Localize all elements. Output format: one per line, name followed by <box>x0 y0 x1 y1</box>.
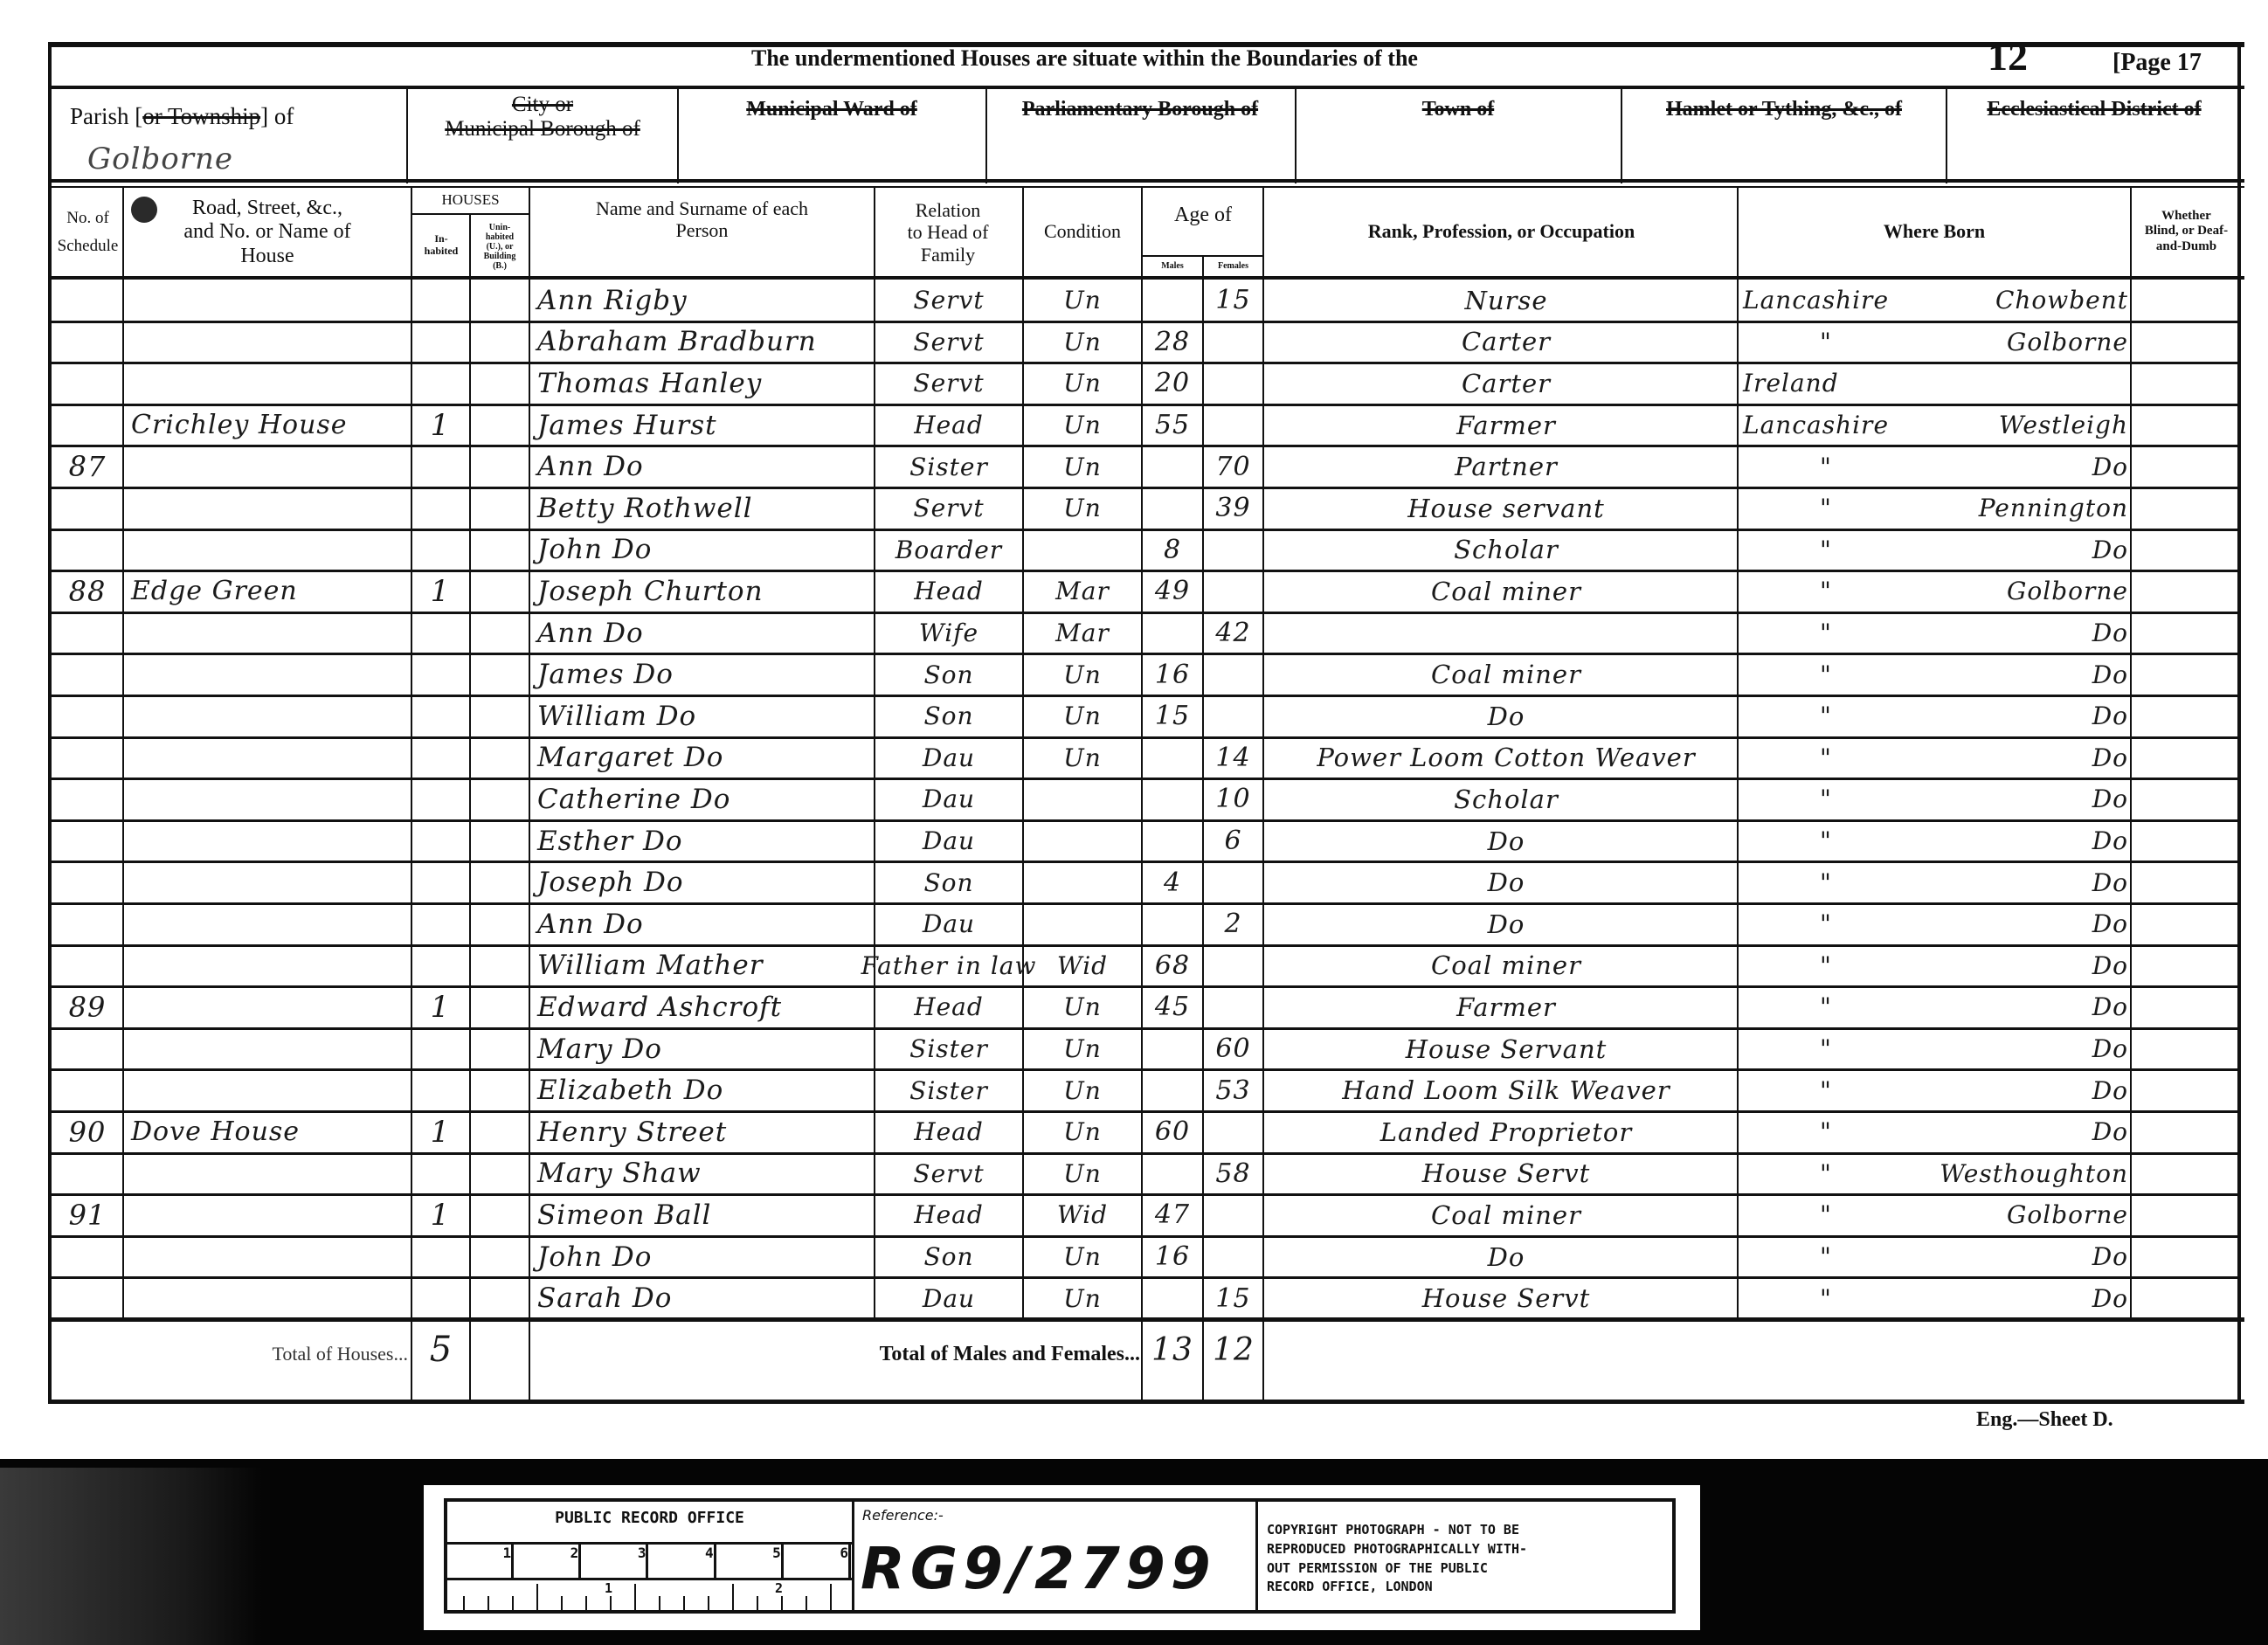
row-male-age <box>1143 489 1202 528</box>
row-place: Westleigh <box>1922 406 2128 445</box>
row-house <box>131 1196 409 1234</box>
col-divider <box>1262 188 1264 1402</box>
row-place: Do <box>1922 655 2128 694</box>
row-county: " <box>1743 655 1909 694</box>
row-county: " <box>1743 447 1909 486</box>
row-place: Golborne <box>1922 1196 2128 1234</box>
row-male-age: 4 <box>1143 863 1202 902</box>
copyright-notice: COPYRIGHT PHOTOGRAPH - NOT TO BE REPRODU… <box>1267 1521 1669 1597</box>
row-occupation: House Servt <box>1276 1155 1737 1193</box>
row-name: William Mather <box>537 947 874 985</box>
row-male-age: 45 <box>1143 988 1202 1026</box>
row-occupation: Carter <box>1276 364 1737 403</box>
row-inhabited <box>412 905 468 943</box>
scale-cm-mark: 3 <box>582 1545 648 1578</box>
row-place: Do <box>1922 1238 2128 1276</box>
row-house <box>131 863 409 902</box>
row-female-age <box>1204 531 1262 570</box>
row-female-age <box>1204 364 1262 403</box>
total-males: 13 <box>1143 1324 1202 1376</box>
row-inhabited <box>412 531 468 570</box>
row-place: Do <box>1922 1113 2128 1151</box>
header-text: (U.), or <box>487 242 514 252</box>
row-house <box>131 447 409 486</box>
row-schedule <box>52 947 122 985</box>
row-female-age <box>1204 655 1262 694</box>
row-male-age: 55 <box>1143 406 1202 445</box>
row-condition: Mar <box>1024 572 1141 611</box>
label-box: PUBLIC RECORD OFFICE 123456 12 Reference… <box>444 1498 1676 1614</box>
col-header-inhabited: In- habited <box>412 215 470 276</box>
row-male-age <box>1143 822 1202 861</box>
hamlet-struck: Hamlet or Tything, &c., of <box>1622 98 1946 121</box>
row-condition: Un <box>1024 447 1141 486</box>
header-text: Unin- <box>489 223 510 232</box>
row-inhabited <box>412 739 468 778</box>
row-male-age <box>1143 614 1202 653</box>
row-name: Mary Do <box>537 1030 874 1068</box>
row-house <box>131 531 409 570</box>
row-condition: Un <box>1024 364 1141 403</box>
row-schedule <box>52 281 122 320</box>
row-female-age: 2 <box>1204 905 1262 943</box>
reference-label: Reference:- <box>862 1507 944 1524</box>
row-condition: Un <box>1024 988 1141 1026</box>
col-divider <box>122 188 124 1319</box>
scale-tick <box>463 1596 465 1610</box>
header-text: Blind, or Deaf- <box>2145 224 2228 238</box>
ecclesiastical-district-struck: Ecclesiastical District of <box>1947 98 2241 121</box>
row-inhabited <box>412 447 468 486</box>
row-county: " <box>1743 1113 1909 1151</box>
row-occupation: Nurse <box>1276 281 1737 320</box>
row-relation: Dau <box>875 1279 1022 1317</box>
row-house: Dove House <box>131 1113 409 1151</box>
row-inhabited <box>412 947 468 985</box>
row-place: Do <box>1922 739 2128 778</box>
row-occupation: Coal miner <box>1276 1196 1737 1234</box>
header-text: Relation <box>916 199 981 221</box>
row-schedule <box>52 531 122 570</box>
row-place: Do <box>1922 1030 2128 1068</box>
row-inhabited <box>412 1155 468 1193</box>
row-schedule: 91 <box>52 1196 122 1234</box>
row-male-age <box>1143 905 1202 943</box>
row-female-age: 60 <box>1204 1030 1262 1068</box>
row-male-age <box>1143 1155 1202 1193</box>
col-header-males: Males <box>1143 257 1202 276</box>
form-bottom-border <box>48 1400 2244 1404</box>
row-female-age <box>1204 323 1262 362</box>
row-female-age: 15 <box>1204 1279 1262 1317</box>
divider <box>48 276 2244 280</box>
row-male-age: 15 <box>1143 697 1202 736</box>
row-female-age: 14 <box>1204 739 1262 778</box>
row-place: Do <box>1922 1071 2128 1109</box>
row-house <box>131 1071 409 1109</box>
row-male-age: 20 <box>1143 364 1202 403</box>
row-male-age <box>1143 447 1202 486</box>
row-place: Chowbent <box>1922 281 2128 320</box>
folio-number: 12 <box>1988 33 2028 79</box>
row-house <box>131 281 409 320</box>
parish-value: Golborne <box>87 142 233 176</box>
scale-inch-mark: 2 <box>775 1580 783 1596</box>
city-cell: City or Municipal Borough of <box>408 91 677 142</box>
row-inhabited: 1 <box>412 406 468 445</box>
row-condition: Un <box>1024 1071 1141 1109</box>
row-inhabited: 1 <box>412 1196 468 1234</box>
row-county: Ireland <box>1743 364 1944 403</box>
row-condition: Un <box>1024 323 1141 362</box>
row-schedule: 87 <box>52 447 122 486</box>
row-county: " <box>1743 988 1909 1026</box>
row-county: " <box>1743 947 1909 985</box>
row-county: " <box>1743 1030 1909 1068</box>
col-header-blind-deaf-dumb: Whether Blind, or Deaf- and-Dumb <box>2132 188 2241 275</box>
scale-tick <box>806 1596 807 1610</box>
row-place: Do <box>1922 697 2128 736</box>
row-schedule <box>52 697 122 736</box>
row-male-age: 68 <box>1143 947 1202 985</box>
scale-tick <box>732 1584 734 1610</box>
parish-suffix: ] of <box>260 103 294 129</box>
row-place: Do <box>1922 531 2128 570</box>
row-female-age <box>1204 988 1262 1026</box>
total-females: 12 <box>1204 1324 1263 1376</box>
row-inhabited <box>412 364 468 403</box>
row-relation: Sister <box>875 447 1022 486</box>
row-schedule: 89 <box>52 988 122 1026</box>
row-house: Crichley House <box>131 406 409 445</box>
office-title: PUBLIC RECORD OFFICE <box>447 1509 852 1527</box>
scale-tick <box>512 1596 514 1610</box>
row-condition <box>1024 531 1141 570</box>
row-male-age: 16 <box>1143 655 1202 694</box>
header-text: habited <box>486 232 514 242</box>
row-female-age <box>1204 406 1262 445</box>
row-occupation: Coal miner <box>1276 655 1737 694</box>
row-county: " <box>1743 614 1909 653</box>
row-schedule <box>52 739 122 778</box>
row-male-age <box>1143 1030 1202 1068</box>
row-relation: Head <box>875 1196 1022 1234</box>
col-divider <box>1737 188 1739 1319</box>
row-inhabited <box>412 780 468 819</box>
row-schedule <box>52 614 122 653</box>
row-male-age: 60 <box>1143 1113 1202 1151</box>
parish-cell: Parish [or Township] of Golborne <box>52 91 411 182</box>
row-name: Sarah Do <box>537 1279 874 1317</box>
row-house <box>131 1030 409 1068</box>
row-condition: Un <box>1024 489 1141 528</box>
row-schedule <box>52 364 122 403</box>
row-condition <box>1024 822 1141 861</box>
row-relation: Servt <box>875 1155 1022 1193</box>
sheet-label: Eng.—Sheet D. <box>1976 1408 2113 1432</box>
row-occupation: Carter <box>1276 323 1737 362</box>
row-name: James Do <box>537 655 874 694</box>
copyright-line: COPYRIGHT PHOTOGRAPH - NOT TO BE <box>1267 1521 1669 1540</box>
row-male-age: 47 <box>1143 1196 1202 1234</box>
row-condition: Un <box>1024 1238 1141 1276</box>
row-inhabited <box>412 1030 468 1068</box>
header-text: Road, Street, &c., <box>192 197 342 221</box>
row-occupation: Scholar <box>1276 780 1737 819</box>
municipal-ward-struck: Municipal Ward of <box>679 98 985 121</box>
row-occupation: Do <box>1276 822 1737 861</box>
row-occupation: Do <box>1276 697 1737 736</box>
row-schedule <box>52 905 122 943</box>
row-place: Pennington <box>1922 489 2128 528</box>
col-header-condition: Condition <box>1024 188 1141 275</box>
header-text: House <box>240 245 294 269</box>
row-inhabited <box>412 697 468 736</box>
row-occupation: Partner <box>1276 447 1737 486</box>
row-relation: Wife <box>875 614 1022 653</box>
row-female-age: 53 <box>1204 1071 1262 1109</box>
row-house <box>131 655 409 694</box>
col-header-females: Females <box>1203 257 1263 276</box>
row-schedule <box>52 1071 122 1109</box>
row-name: Mary Shaw <box>537 1155 874 1193</box>
row-condition: Un <box>1024 1279 1141 1317</box>
row-house <box>131 614 409 653</box>
row-male-age <box>1143 1279 1202 1317</box>
row-county: " <box>1743 697 1909 736</box>
scale-tick <box>487 1596 489 1610</box>
header-text: (B.) <box>493 261 507 271</box>
row-condition: Un <box>1024 281 1141 320</box>
row-occupation: Scholar <box>1276 531 1737 570</box>
row-place: Do <box>1922 822 2128 861</box>
scale-tick <box>781 1596 783 1610</box>
row-inhabited <box>412 655 468 694</box>
row-occupation: Farmer <box>1276 988 1737 1026</box>
row-name: Ann Do <box>537 905 874 943</box>
row-place: Do <box>1922 905 2128 943</box>
scale-inch-mark: 1 <box>605 1580 612 1596</box>
row-condition: Wid <box>1024 1196 1141 1234</box>
scale-tick <box>610 1596 612 1610</box>
row-condition <box>1024 863 1141 902</box>
row-name: Edward Ashcroft <box>537 988 874 1026</box>
row-house <box>131 697 409 736</box>
scale-inch: 12 <box>447 1580 852 1610</box>
row-condition <box>1024 780 1141 819</box>
row-schedule <box>52 863 122 902</box>
row-condition <box>1024 905 1141 943</box>
col-header-houses: HOUSES <box>412 189 529 211</box>
row-relation: Head <box>875 988 1022 1026</box>
row-male-age <box>1143 780 1202 819</box>
row-county: " <box>1743 863 1909 902</box>
row-name: Catherine Do <box>537 780 874 819</box>
total-houses-value: 5 <box>412 1324 470 1376</box>
row-female-age <box>1204 1238 1262 1276</box>
header-text: Name and Surname of each <box>596 197 808 219</box>
row-inhabited <box>412 863 468 902</box>
city-struck-text: City or <box>408 93 677 117</box>
parish-prefix: Parish [ <box>70 103 142 129</box>
row-female-age: 39 <box>1204 489 1262 528</box>
header-text: to Head of <box>908 221 989 243</box>
row-county: " <box>1743 780 1909 819</box>
row-county: " <box>1743 1238 1909 1276</box>
row-female-age <box>1204 863 1262 902</box>
page-number: [Page 17 <box>2112 49 2202 77</box>
row-female-age <box>1204 697 1262 736</box>
row-county: " <box>1743 1155 1909 1193</box>
row-occupation: Do <box>1276 1238 1737 1276</box>
reference-panel: Reference:- RG9/2799 <box>852 1502 1258 1610</box>
row-male-age <box>1143 281 1202 320</box>
row-condition: Un <box>1024 406 1141 445</box>
row-relation: Son <box>875 863 1022 902</box>
row-relation: Son <box>875 697 1022 736</box>
row-relation: Son <box>875 1238 1022 1276</box>
row-house <box>131 1238 409 1276</box>
col-divider <box>529 188 530 1402</box>
row-name: Henry Street <box>537 1113 874 1151</box>
row-county: " <box>1743 531 1909 570</box>
row-female-age <box>1204 1196 1262 1234</box>
row-occupation: House servant <box>1276 489 1737 528</box>
row-place: Golborne <box>1922 572 2128 611</box>
col-header-schedule: No. of Schedule <box>52 188 124 277</box>
row-relation: Dau <box>875 822 1022 861</box>
row-female-age: 58 <box>1204 1155 1262 1193</box>
row-place: Westhoughton <box>1922 1155 2128 1193</box>
row-condition: Un <box>1024 739 1141 778</box>
row-condition: Un <box>1024 1113 1141 1151</box>
row-house <box>131 364 409 403</box>
col-header-occupation: Rank, Profession, or Occupation <box>1264 188 1739 275</box>
row-county: " <box>1743 822 1909 861</box>
scale-tick <box>830 1584 832 1610</box>
row-relation: Sister <box>875 1071 1022 1109</box>
col-header-age: Age of <box>1143 194 1263 238</box>
parish-label: Parish [or Township] of <box>70 103 294 130</box>
header-text: Schedule <box>58 237 119 256</box>
copyright-line: OUT PERMISSION OF THE PUBLIC <box>1267 1559 1669 1579</box>
row-inhabited: 1 <box>412 1113 468 1151</box>
row-occupation: Do <box>1276 905 1737 943</box>
form-title: The undermentioned Houses are situate wi… <box>751 45 1418 72</box>
row-male-age <box>1143 1071 1202 1109</box>
row-relation: Servt <box>875 364 1022 403</box>
row-schedule <box>52 406 122 445</box>
row-female-age: 70 <box>1204 447 1262 486</box>
row-condition: Mar <box>1024 614 1141 653</box>
row-place: Golborne <box>1922 323 2128 362</box>
row-occupation <box>1276 614 1737 653</box>
row-occupation: Landed Proprietor <box>1276 1113 1737 1151</box>
row-schedule <box>52 323 122 362</box>
parish-struck-text: or Township <box>142 103 260 129</box>
row-name: William Do <box>537 697 874 736</box>
row-place: Do <box>1922 863 2128 902</box>
borough-struck-text: Municipal Borough of <box>408 117 677 142</box>
scale-tick <box>683 1596 685 1610</box>
row-male-age: 49 <box>1143 572 1202 611</box>
header-text: and-Dumb <box>2156 239 2216 254</box>
scale-cm: 123456 <box>447 1545 852 1578</box>
header-text: Family <box>921 244 975 266</box>
row-occupation: Coal miner <box>1276 572 1737 611</box>
row-schedule: 88 <box>52 572 122 611</box>
row-name: John Do <box>537 1238 874 1276</box>
total-persons-label: Total of Males and Females... <box>612 1328 1140 1380</box>
row-inhabited: 1 <box>412 988 468 1026</box>
row-relation: Servt <box>875 489 1022 528</box>
row-occupation: House Servt <box>1276 1279 1737 1317</box>
row-occupation: Farmer <box>1276 406 1737 445</box>
row-county: " <box>1743 1279 1909 1317</box>
row-schedule <box>52 1238 122 1276</box>
row-house <box>131 1279 409 1317</box>
col-header-road: Road, Street, &c., and No. or Name of Ho… <box>124 188 411 277</box>
scale-cm-mark: 4 <box>650 1545 716 1578</box>
scale-tick <box>757 1596 758 1610</box>
row-inhabited <box>412 614 468 653</box>
row-house <box>131 780 409 819</box>
public-record-office-label: PUBLIC RECORD OFFICE 123456 12 Reference… <box>424 1485 1700 1630</box>
row-name: James Hurst <box>537 406 874 445</box>
row-schedule <box>52 1030 122 1068</box>
row-condition: Un <box>1024 1030 1141 1068</box>
row-inhabited <box>412 323 468 362</box>
row-house <box>131 988 409 1026</box>
row-name: Ann Do <box>537 447 874 486</box>
row-county: " <box>1743 572 1909 611</box>
row-relation: Servt <box>875 323 1022 362</box>
row-house: Edge Green <box>131 572 409 611</box>
row-relation: Son <box>875 655 1022 694</box>
row-county: " <box>1743 739 1909 778</box>
row-relation: Father in law <box>875 947 1022 985</box>
row-male-age: 16 <box>1143 1238 1202 1276</box>
row-occupation: Coal miner <box>1276 947 1737 985</box>
scale-cm-mark: 2 <box>515 1545 581 1578</box>
office-scale-panel: PUBLIC RECORD OFFICE 123456 12 <box>447 1502 854 1610</box>
row-inhabited <box>412 1238 468 1276</box>
row-schedule <box>52 489 122 528</box>
scale-tick <box>634 1584 636 1610</box>
row-inhabited <box>412 1279 468 1317</box>
scale-tick <box>659 1596 660 1610</box>
scale-tick <box>708 1596 709 1610</box>
header-text: Whether <box>2161 209 2211 224</box>
row-place: Do <box>1922 780 2128 819</box>
row-relation: Sister <box>875 1030 1022 1068</box>
row-name: Ann Do <box>537 614 874 653</box>
row-name: Joseph Do <box>537 863 874 902</box>
col-divider <box>2130 188 2132 1319</box>
row-name: John Do <box>537 531 874 570</box>
row-name: Ann Rigby <box>537 281 874 320</box>
scale-tick <box>585 1596 587 1610</box>
col-header-relation: Relation to Head of Family <box>874 188 1022 277</box>
row-relation: Dau <box>875 905 1022 943</box>
col-header-where-born: Where Born <box>1739 188 2130 275</box>
divider <box>48 1317 2244 1322</box>
row-male-age <box>1143 739 1202 778</box>
row-schedule <box>52 822 122 861</box>
row-condition: Un <box>1024 655 1141 694</box>
row-relation: Boarder <box>875 531 1022 570</box>
row-condition: Wid <box>1024 947 1141 985</box>
